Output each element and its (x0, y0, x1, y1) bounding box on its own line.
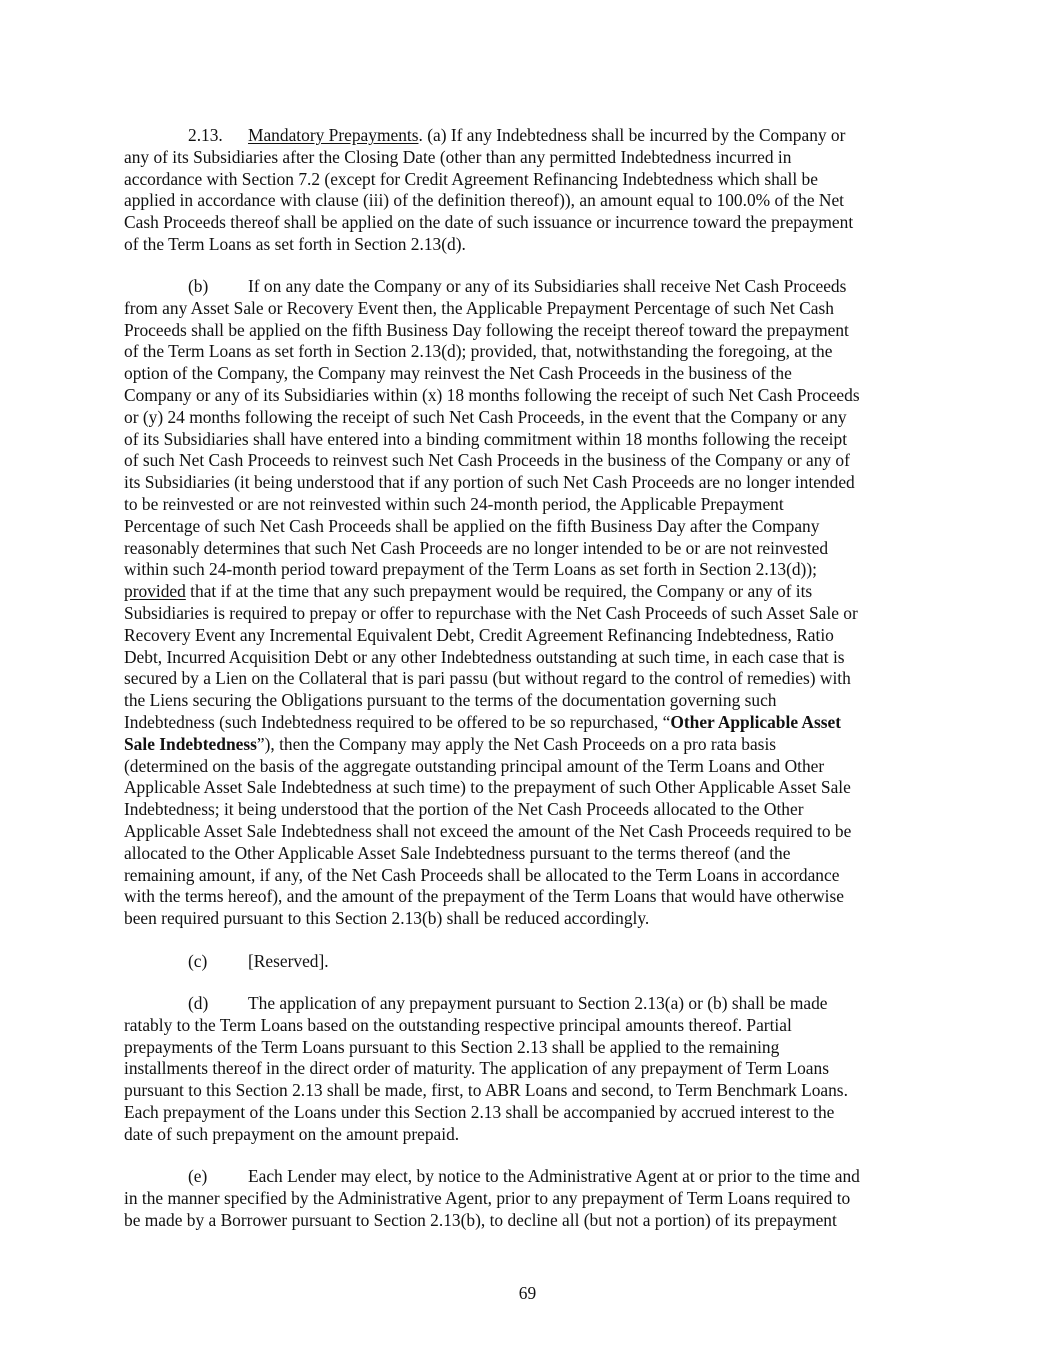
section-number: 2.13. (188, 125, 248, 147)
clause-label-a: (a) (427, 125, 446, 145)
paragraph-2-13-a: 2.13.Mandatory Prepayments. (a) If any I… (124, 125, 924, 256)
defined-term-cont: Sale Indebtedness (124, 734, 257, 754)
clause-label-d: (d) (188, 993, 248, 1015)
defined-term: Other Applicable Asset (670, 712, 841, 732)
page-number: 69 (0, 1283, 1055, 1305)
provided-term: provided (124, 581, 186, 601)
clause-label-b: (b) (188, 276, 248, 298)
paragraph-2-13-d: (d)The application of any prepayment pur… (124, 993, 924, 1146)
clause-label-c: (c) (188, 951, 248, 973)
paragraph-2-13-e: (e)Each Lender may elect, by notice to t… (124, 1166, 924, 1231)
section-title: Mandatory Prepayments (248, 125, 418, 145)
paragraph-2-13-c: (c)[Reserved]. (124, 951, 924, 973)
paragraph-2-13-b: (b)If on any date the Company or any of … (124, 276, 924, 930)
clause-label-e: (e) (188, 1166, 248, 1188)
document-page: 2.13.Mandatory Prepayments. (a) If any I… (0, 0, 1055, 1365)
